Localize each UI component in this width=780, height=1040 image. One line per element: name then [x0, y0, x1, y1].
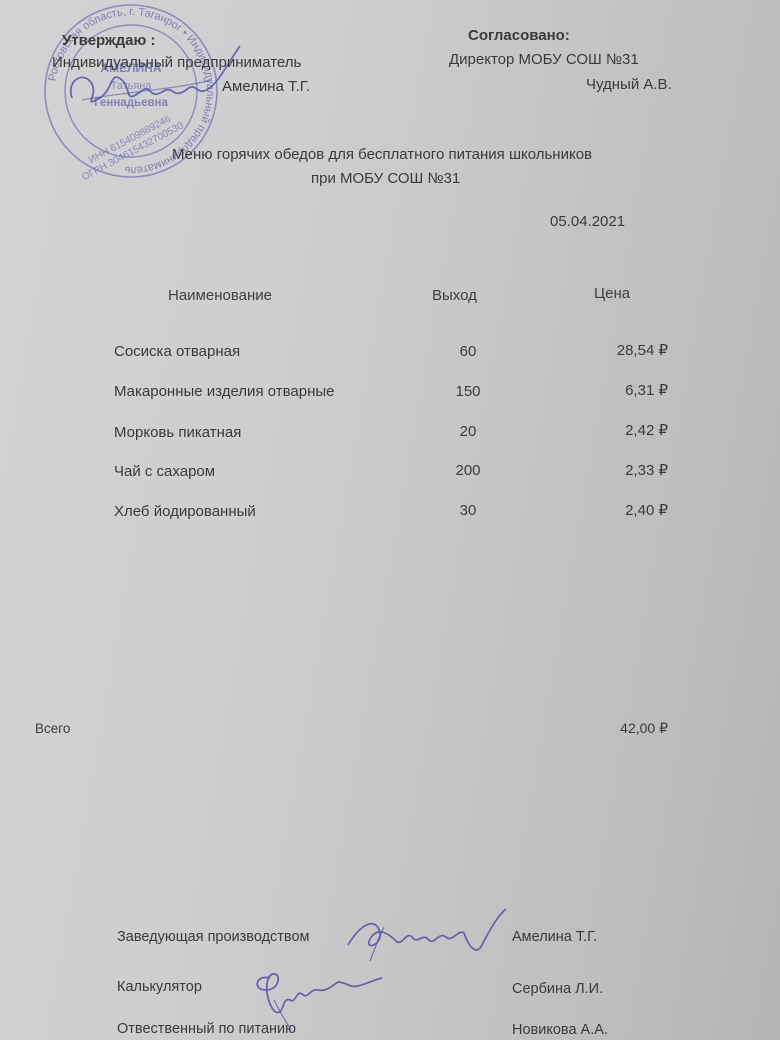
row-item-price: 2,40 ₽	[548, 501, 668, 519]
stamp-center-line-3: Геннадьевна	[94, 97, 168, 109]
approve-name: Амелина Т.Г.	[222, 78, 310, 95]
total-label: Всего	[35, 721, 70, 736]
agreed-position: Директор МОБУ СОШ №31	[449, 51, 639, 68]
column-header-price: Цена	[594, 285, 630, 302]
row-item-name: Сосиска отварная	[114, 343, 240, 360]
column-header-output: Выход	[432, 287, 477, 304]
production-manager-signature	[340, 905, 510, 965]
row-item-name: Хлеб йодированный	[114, 503, 256, 520]
stamp-inn: ИНН 615409889246	[87, 113, 173, 166]
row-item-price: 2,33 ₽	[548, 461, 668, 479]
signature-name-production-manager: Амелина Т.Г.	[512, 929, 597, 945]
signature-name-nutrition-officer: Новикова А.А.	[512, 1022, 608, 1038]
row-item-price: 2,42 ₽	[548, 421, 668, 439]
column-header-name: Наименование	[168, 287, 272, 304]
signature-role-calculator: Калькулятор	[117, 979, 202, 995]
row-item-qty: 20	[428, 423, 508, 440]
total-value: 42,00 ₽	[548, 720, 668, 737]
stamp-ogrn: ОГРН 304615432700530	[80, 120, 186, 180]
row-item-name: Морковь пикатная	[114, 424, 241, 441]
row-item-name: Чай с сахаром	[114, 463, 215, 480]
row-item-price: 6,31 ₽	[548, 381, 668, 399]
signature-name-calculator: Сербина Л.И.	[512, 981, 603, 997]
row-item-name: Макаронные изделия отварные	[114, 383, 335, 400]
row-item-qty: 60	[428, 343, 508, 360]
approve-heading: Утверждаю :	[62, 32, 155, 49]
row-item-qty: 30	[428, 502, 508, 519]
calculator-signature	[246, 960, 386, 1030]
signature-role-nutrition-officer: Отвественный по питанию	[117, 1021, 296, 1037]
agreed-heading: Согласовано:	[468, 27, 570, 44]
document-title-line-2: при МОБУ СОШ №31	[311, 170, 460, 187]
document-date: 05.04.2021	[550, 213, 625, 230]
signature-role-production-manager: Заведующая производством	[117, 929, 310, 945]
approve-position: Индивидуальный предприниматель	[52, 54, 301, 71]
document-title-line-1: Меню горячих обедов для бесплатного пита…	[172, 146, 592, 163]
row-item-qty: 150	[428, 383, 508, 400]
row-item-qty: 200	[428, 462, 508, 479]
agreed-name: Чудный А.В.	[586, 76, 672, 93]
stamp-center-line-2: Татьяна	[110, 80, 152, 92]
row-item-price: 28,54 ₽	[548, 341, 668, 359]
